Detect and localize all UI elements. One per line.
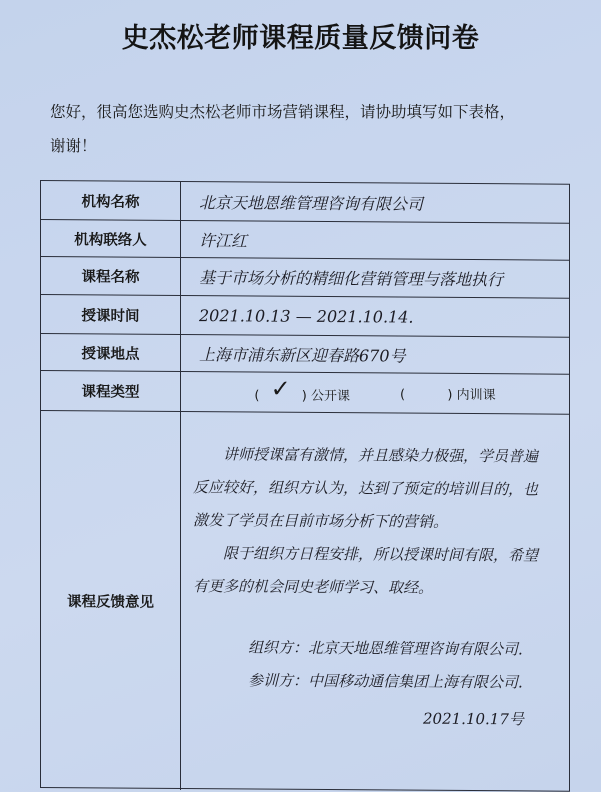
feedback-form-table: 机构名称 北京天地恩维管理咨询有限公司 机构联络人 许江红 课程名称 基于市场分… [40, 180, 570, 792]
row-organization-contact: 机构联络人 许江红 [41, 220, 569, 261]
intro-text: 您好，很高您选购史杰松老师市场营销课程，请协助填写如下表格， 谢谢！ [50, 95, 570, 163]
field-course-time[interactable]: 2021.10.13 — 2021.10.14. [181, 296, 569, 337]
label-course-type: 课程类型 [41, 371, 181, 411]
option-inhouse-training-label: 内训课 [457, 388, 496, 403]
row-course-feedback: 课程反馈意见 讲师授课富有激情，并且感染力极强，学员普遍反应较好，组织方认为，达… [41, 411, 569, 792]
intro-line-2: 谢谢！ [50, 129, 570, 163]
label-course-feedback: 课程反馈意见 [41, 411, 181, 790]
row-organization-name: 机构名称 北京天地恩维管理咨询有限公司 [41, 181, 569, 224]
field-organization-contact[interactable]: 许江红 [181, 221, 569, 260]
feedback-paragraph-2: 限于组织方日程安排，所以授课时间有限，希望有更多的机会同史老师学习、取经。 [193, 537, 549, 605]
row-course-location: 授课地点 上海市浦东新区迎春路670号 [41, 334, 569, 375]
row-course-type: 课程类型 ( ✓ ) 公开课 ( ) 内训课 [41, 371, 569, 415]
field-course-feedback[interactable]: 讲师授课富有激情，并且感染力极强，学员普遍反应较好，组织方认为，达到了预定的培训… [181, 412, 569, 792]
row-course-name: 课程名称 基于市场分析的精细化营销管理与落地执行 [41, 257, 569, 299]
label-course-location: 授课地点 [41, 334, 181, 371]
label-course-name: 课程名称 [41, 257, 181, 295]
option-public-course[interactable]: ( ✓ ) 公开课 [254, 381, 350, 404]
intro-line-1: 您好，很高您选购史杰松老师市场营销课程，请协助填写如下表格， [50, 95, 570, 129]
option-inhouse-training[interactable]: ( ) 内训课 [400, 384, 496, 404]
course-type-options: ( ✓ ) 公开课 ( ) 内训课 [181, 372, 569, 414]
feedback-date: 2021.10.17号 [193, 701, 524, 736]
feedback-trainee: 参训方：中国移动通信集团上海有限公司. [193, 664, 523, 699]
option-public-course-label: 公开课 [311, 388, 350, 403]
page-title: 史杰松老师课程质量反馈问卷 [0, 16, 601, 55]
field-organization-name[interactable]: 北京天地恩维管理咨询有限公司 [181, 182, 569, 223]
feedback-paragraph-1: 讲师授课富有激情，并且感染力极强，学员普遍反应较好，组织方认为，达到了预定的培训… [193, 438, 549, 539]
checkmark-icon[interactable]: ✓ [264, 378, 298, 398]
label-organization-name: 机构名称 [41, 181, 181, 220]
feedback-organizer: 组织方：北京天地恩维管理咨询有限公司. [193, 631, 523, 666]
row-course-time: 授课时间 2021.10.13 — 2021.10.14. [41, 295, 569, 338]
label-course-time: 授课时间 [41, 295, 181, 334]
field-course-location[interactable]: 上海市浦东新区迎春路670号 [181, 335, 569, 374]
feedback-questionnaire-page: 史杰松老师课程质量反馈问卷 您好，很高您选购史杰松老师市场营销课程，请协助填写如… [0, 0, 601, 792]
field-course-name[interactable]: 基于市场分析的精细化营销管理与落地执行 [181, 258, 569, 298]
label-organization-contact: 机构联络人 [41, 220, 181, 257]
